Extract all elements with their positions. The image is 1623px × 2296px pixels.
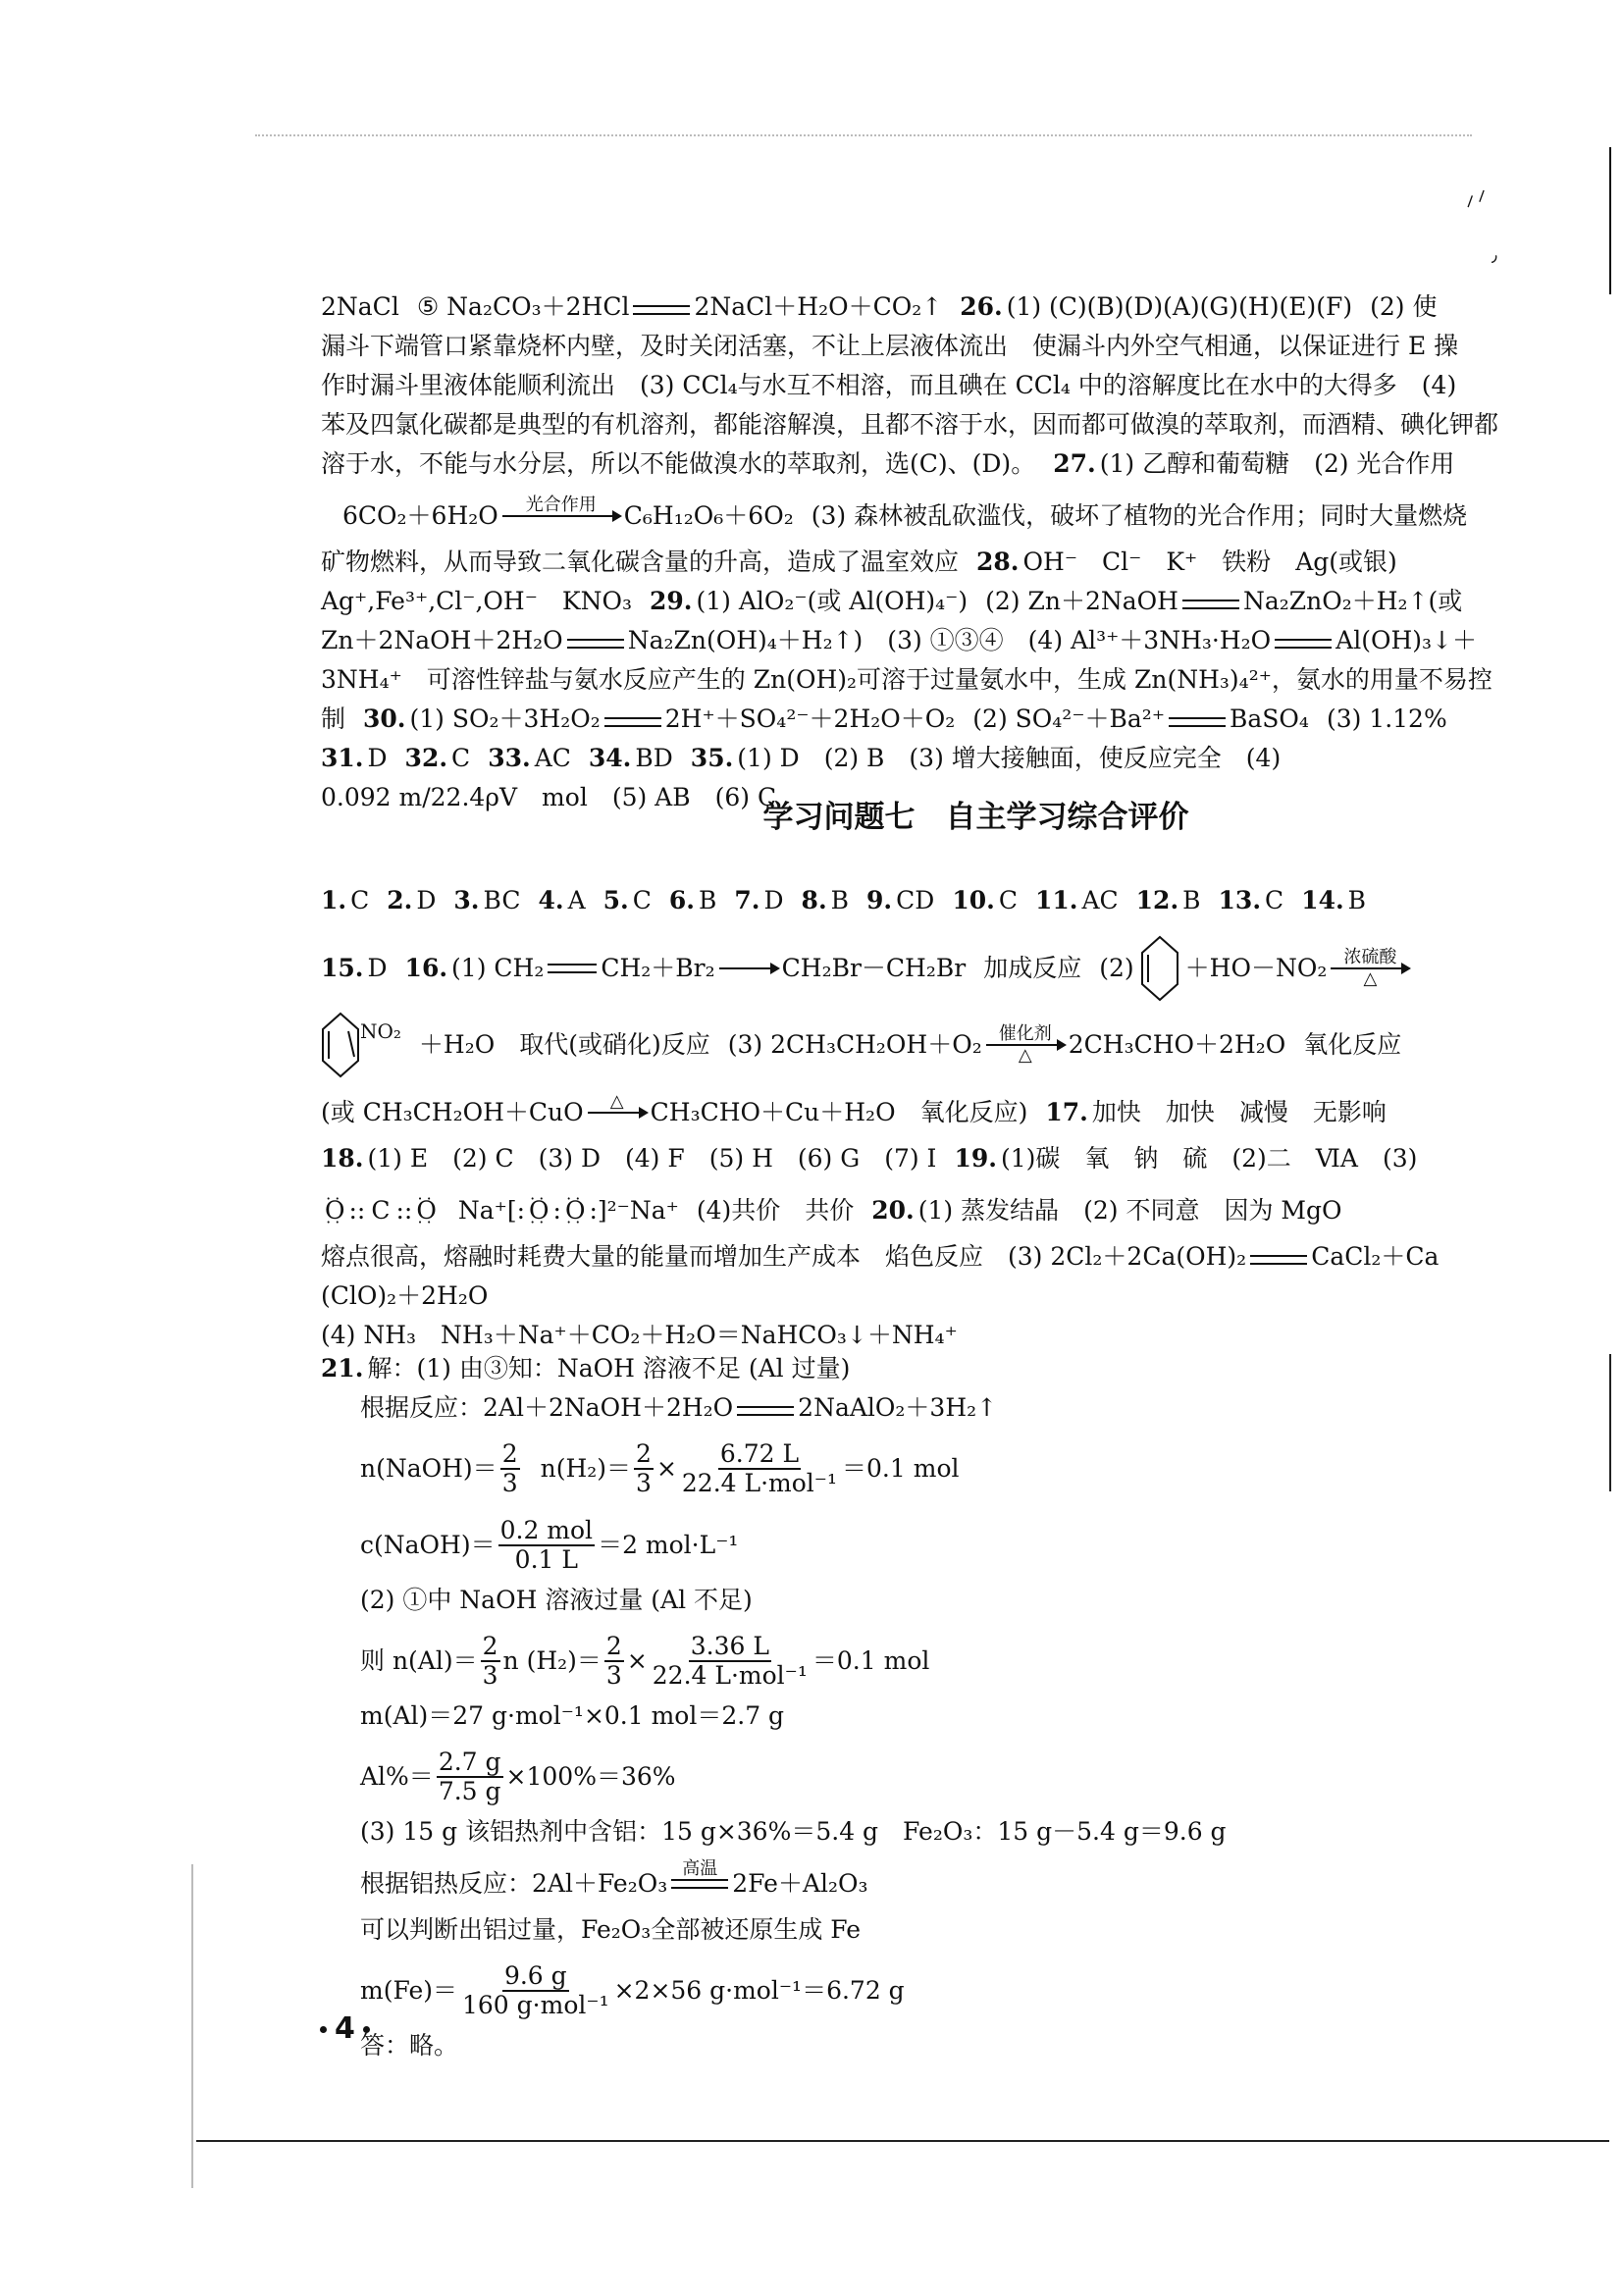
equals-double-line bbox=[1169, 717, 1226, 727]
text-line: 3NH₄⁺ 可溶性锌盐与氨水反应产生的 Zn(OH)₂可溶于过量氨水中，生成 Z… bbox=[321, 663, 1623, 697]
answer-choice: C bbox=[999, 884, 1018, 917]
text-line: 熔点很高，熔融时耗费大量的能量而增加生产成本 焰色反应 (3) 2Cl₂＋2Ca… bbox=[321, 1240, 1623, 1274]
page-number-text: 4 bbox=[335, 2011, 355, 2046]
fraction: 23 bbox=[634, 1440, 654, 1497]
equals-double-line bbox=[671, 1879, 728, 1889]
equation-right: 2Fe＋Al₂O₃ bbox=[732, 1867, 867, 1901]
fraction: 3.36 L22.4 L·mol⁻¹ bbox=[651, 1633, 810, 1690]
text-line: 15.D 16. (1) CH₂ CH₂＋Br₂ CH₂Br－CH₂Br 加成反… bbox=[321, 930, 1623, 1007]
question-number: 14. bbox=[1301, 884, 1344, 917]
question-number: 6. bbox=[669, 884, 695, 917]
calc-line: n(NaOH)＝ 23 n(H₂)＝ 23 × 6.72 L22.4 L·mol… bbox=[321, 1431, 1623, 1507]
benzene-ring-icon bbox=[1140, 935, 1179, 1002]
fraction: 0.2 mol0.1 L bbox=[498, 1517, 595, 1574]
answer-text: OH⁻ Cl⁻ K⁺ 铁粉 Ag(或银) bbox=[1023, 546, 1397, 579]
equation-right: BaSO₄ bbox=[1230, 703, 1309, 736]
question-number: 31. bbox=[321, 742, 364, 775]
left-margin-rule bbox=[191, 1864, 193, 2188]
equation-right: 2H⁺＋SO₄²⁻＋2H₂O＋O₂ bbox=[665, 703, 956, 736]
question-number: 5. bbox=[603, 884, 629, 917]
electron-formula: Na⁺[: bbox=[458, 1194, 525, 1227]
equation-left: Zn＋2NaOH＋2H₂O bbox=[321, 624, 563, 657]
text-segment: 2NaCl bbox=[321, 290, 399, 324]
equals-double-line bbox=[1250, 1255, 1307, 1265]
fraction: 9.6 g160 g·mol⁻¹ bbox=[460, 1962, 611, 2019]
text-line: 答：略。 bbox=[321, 2029, 1623, 2062]
text-line: 溶于水，不能与水分层，所以不能做溴水的萃取剂，选(C)、(D)。 27. (1)… bbox=[321, 447, 1623, 481]
math-text: ＝2 mol·L⁻¹ bbox=[598, 1529, 738, 1562]
equation-right: CaCl₂＋Ca bbox=[1311, 1240, 1439, 1274]
answer-choice: BD bbox=[635, 742, 672, 775]
text-line: Ag⁺,Fe³⁺,Cl⁻,OH⁻ KNO₃ 29. (1) AlO₂⁻(或 Al… bbox=[321, 585, 1623, 618]
calc-line: c(NaOH)＝ 0.2 mol0.1 L ＝2 mol·L⁻¹ bbox=[321, 1507, 1623, 1584]
reaction-arrow: 催化剂 △ bbox=[986, 1024, 1065, 1066]
fraction: 6.72 L22.4 L·mol⁻¹ bbox=[680, 1440, 839, 1497]
math-text: n (H₂)＝ bbox=[503, 1644, 602, 1678]
question-number: 3. bbox=[453, 884, 479, 917]
equation-left: 6CO₂＋6H₂O bbox=[342, 499, 498, 533]
top-border-rule bbox=[255, 134, 1472, 136]
heat-symbol: △ bbox=[1019, 1046, 1032, 1066]
answer-text: ＋H₂O 取代(或硝化)反应 bbox=[419, 1028, 710, 1062]
equals-double-line bbox=[604, 717, 661, 727]
answer-text: (1)碳 氧 钠 硫 (2)二 ⅥA (3) bbox=[1001, 1142, 1417, 1175]
answer-choice: A bbox=[568, 884, 586, 917]
text-line: (2) ①中 NaOH 溶液过量 (Al 不足) bbox=[321, 1584, 1623, 1617]
answer-text: (1) E (2) C (3) D (4) F (5) H (6) G (7) … bbox=[368, 1142, 937, 1175]
question-number: 13. bbox=[1219, 884, 1262, 917]
question-number: 26. bbox=[960, 290, 1003, 324]
question-number: 17. bbox=[1045, 1096, 1088, 1129]
math-text: 则 n(Al)＝ bbox=[360, 1644, 478, 1678]
answer-choice: BC bbox=[484, 884, 521, 917]
question-number: 7. bbox=[734, 884, 759, 917]
answer-text: (1) AlO₂⁻(或 Al(OH)₄⁻) bbox=[696, 585, 968, 618]
question-number: 16. bbox=[405, 952, 448, 985]
question-number: 18. bbox=[321, 1142, 364, 1175]
question-number: 11. bbox=[1035, 884, 1078, 917]
carbon-atom: C bbox=[371, 1194, 390, 1227]
oxygen-atom-dots: ··O·· bbox=[565, 1193, 586, 1228]
math-text: ＝0.1 mol bbox=[842, 1452, 959, 1486]
section-heading: 学习问题七 自主学习综合评价 bbox=[321, 801, 1623, 834]
question-number: 20. bbox=[871, 1194, 915, 1227]
answer-choice: D bbox=[368, 742, 388, 775]
nitro-group-label: NO₂ bbox=[360, 1015, 401, 1048]
arrow-icon bbox=[588, 1112, 647, 1114]
answer-text: (1) D (2) B (3) 增大接触面，使反应完全 (4) bbox=[737, 742, 1281, 775]
section-7-body: 1.C 2.D 3.BC 4.A 5.C 6.B 7.D 8.B 9.CD 10… bbox=[321, 871, 1623, 2062]
text-line: 苯及四氯化碳都是典型的有机溶剂，都能溶解溴，且都不溶于水，因而都可做溴的萃取剂，… bbox=[321, 408, 1623, 442]
answer-text: Ag⁺,Fe³⁺,Cl⁻,OH⁻ KNO₃ bbox=[321, 585, 632, 618]
answer-text: 加快 加快 减慢 无影响 bbox=[1092, 1096, 1387, 1129]
bond-dots: :: bbox=[396, 1194, 413, 1227]
math-text: × bbox=[627, 1644, 648, 1678]
answer-text: 矿物燃料，从而导致二氧化碳含量的升高，造成了温室效应 bbox=[321, 546, 959, 579]
question-number: 10. bbox=[952, 884, 995, 917]
bullet-dot-icon bbox=[320, 2026, 327, 2033]
question-number: 32. bbox=[405, 742, 448, 775]
page-number: 4 bbox=[312, 2011, 378, 2046]
question-number: 1. bbox=[321, 884, 346, 917]
question-number: 27. bbox=[1053, 447, 1096, 481]
question-number: 12. bbox=[1136, 884, 1179, 917]
equation-right: Al(OH)₃↓＋ bbox=[1335, 624, 1477, 657]
bottom-border-rule bbox=[196, 2140, 1609, 2142]
equals-double-line bbox=[633, 305, 690, 315]
equation-right: CH₂Br－CH₂Br bbox=[782, 952, 967, 985]
equation-left: 熔点很高，熔融时耗费大量的能量而增加生产成本 焰色反应 (3) 2Cl₂＋2Ca… bbox=[321, 1240, 1246, 1274]
calc-line: 则 n(Al)＝ 23 n (H₂)＝ 23 × 3.36 L22.4 L·mo… bbox=[321, 1623, 1623, 1699]
answer-choice: B bbox=[831, 884, 849, 917]
reaction-type: 加成反应 bbox=[983, 952, 1081, 985]
answer-choice: C bbox=[1265, 884, 1283, 917]
question-number: 4. bbox=[538, 884, 563, 917]
text-line: 可以判断出铝过量，Fe₂O₃全部被还原生成 Fe bbox=[321, 1913, 1623, 1947]
equation-right: CH₃CHO＋Cu＋H₂O 氧化反应) bbox=[651, 1096, 1028, 1129]
question-number: 2. bbox=[387, 884, 412, 917]
question-number: 8. bbox=[802, 884, 827, 917]
math-text: n(H₂)＝ bbox=[541, 1452, 631, 1486]
answer-choice: B bbox=[1348, 884, 1366, 917]
answer-text: (1) 蒸发结晶 (2) 不同意 因为 MgO bbox=[918, 1194, 1342, 1227]
calc-line: m(Fe)＝ 9.6 g160 g·mol⁻¹ ×2×56 g·mol⁻¹＝6.… bbox=[321, 1953, 1623, 2029]
equation-left: (3) 2CH₃CH₂OH＋O₂ bbox=[728, 1028, 982, 1062]
math-text: m(Fe)＝ bbox=[360, 1974, 457, 2008]
arrow-condition: 浓硫酸 bbox=[1343, 948, 1396, 967]
text-line: (或 CH₃CH₂OH＋CuO △ CH₃CHO＋Cu＋H₂O 氧化反应) 17… bbox=[321, 1083, 1623, 1142]
math-text: ×100%＝36% bbox=[506, 1760, 676, 1794]
equals-double-line bbox=[1275, 639, 1332, 649]
equation-left: 根据铝热反应：2Al＋Fe₂O₃ bbox=[360, 1867, 667, 1901]
equation-right: 2NaCl＋H₂O＋CO₂↑ bbox=[694, 290, 942, 324]
equation-right: 2NaAlO₂＋3H₂↑ bbox=[798, 1391, 997, 1425]
answer-text: (3) 1.12% bbox=[1327, 703, 1447, 736]
equation-left: 根据反应：2Al＋2NaOH＋2H₂O bbox=[360, 1391, 733, 1425]
math-text: ＝0.1 mol bbox=[812, 1644, 929, 1678]
equation-left: (1) CH₂ bbox=[451, 952, 544, 985]
text-line: NO₂ ＋H₂O 取代(或硝化)反应 (3) 2CH₃CH₂OH＋O₂ 催化剂 … bbox=[321, 1007, 1623, 1083]
answer-choice: D bbox=[416, 884, 436, 917]
equation-left: ＋HO－NO₂ bbox=[1185, 952, 1328, 985]
reaction-arrow: 光合作用 bbox=[502, 496, 620, 537]
answer-text: (4)共价 共价 bbox=[697, 1194, 854, 1227]
equation-left: CH₂＋Br₂ bbox=[601, 952, 714, 985]
answer-text: 制 bbox=[321, 703, 345, 736]
answer-choice: D bbox=[764, 884, 784, 917]
text-line: 根据铝热反应：2Al＋Fe₂O₃ 高温 2Fe＋Al₂O₃ bbox=[321, 1854, 1623, 1913]
answer-choice: CD bbox=[896, 884, 934, 917]
oxygen-atom-dots: ··O·· bbox=[325, 1193, 345, 1228]
reaction-arrow: 浓硫酸 △ bbox=[1331, 948, 1409, 989]
answer-choice: C bbox=[451, 742, 470, 775]
equation-left: (2) Zn＋2NaOH bbox=[985, 585, 1178, 618]
text-line: 31.D 32.C 33.AC 34.BD 35. (1) D (2) B (3… bbox=[321, 742, 1623, 775]
equals-double-line bbox=[737, 1406, 794, 1416]
text-line: 作时漏斗里液体能顺利流出 (3) CCl₄与水互不相溶，而且碘在 CCl₄ 中的… bbox=[321, 369, 1623, 402]
math-text: ×2×56 g·mol⁻¹＝6.72 g bbox=[614, 1974, 905, 2008]
equals-double-line bbox=[1182, 600, 1239, 609]
equation-right: C₆H₁₂O₆＋6O₂ bbox=[624, 499, 794, 533]
answer-choice: D bbox=[368, 952, 388, 985]
answer-text: Na₂Zn(OH)₄＋H₂↑) (3) ①③④ (4) Al³⁺＋3NH₃·H₂… bbox=[628, 624, 1271, 657]
text-line: Zn＋2NaOH＋2H₂O Na₂Zn(OH)₄＋H₂↑) (3) ①③④ (4… bbox=[321, 624, 1623, 657]
answer-choice: C bbox=[350, 884, 369, 917]
oxygen-atom-dots: ··O·· bbox=[416, 1193, 437, 1228]
text-line: 漏斗下端管口紧靠烧杯内壁，及时关闭活塞，不让上层液体流出 使漏斗内外空气相通，以… bbox=[321, 330, 1623, 363]
arrow-condition: 催化剂 bbox=[999, 1024, 1052, 1044]
answer-choice: B bbox=[699, 884, 716, 917]
answer-text: (2) bbox=[1099, 952, 1133, 985]
answer-text: (1) 乙醇和葡萄糖 (2) 光合作用 bbox=[1100, 447, 1455, 481]
question-number: 19. bbox=[954, 1142, 997, 1175]
equation-left: (1) SO₂＋3H₂O₂ bbox=[410, 703, 601, 736]
calc-line: (3) 15 g 该铝热剂中含铝：15 g×36%＝5.4 g Fe₂O₃：15… bbox=[321, 1815, 1623, 1849]
math-text: Al%＝ bbox=[360, 1760, 434, 1794]
double-bond bbox=[548, 964, 597, 973]
oxygen-atom-dots: ··O·· bbox=[529, 1193, 550, 1228]
arrow-icon bbox=[502, 515, 620, 517]
bond-dots: :: bbox=[349, 1194, 366, 1227]
equation-left: (2) SO₄²⁻＋Ba²⁺ bbox=[972, 703, 1165, 736]
text-line: (4) NH₃ NH₃＋Na⁺＋CO₂＋H₂O＝NaHCO₃↓＋NH₄⁺ bbox=[321, 1319, 1623, 1352]
bond-dots: : bbox=[553, 1194, 561, 1227]
answer-choice: B bbox=[1182, 884, 1200, 917]
arrow-icon bbox=[986, 1044, 1065, 1046]
fraction: 23 bbox=[604, 1633, 624, 1690]
reaction-arrow bbox=[719, 948, 778, 989]
bullet-dot-icon bbox=[363, 2026, 370, 2033]
text-line: 制 30. (1) SO₂＋3H₂O₂ 2H⁺＋SO₄²⁻＋2H₂O＋O₂ (2… bbox=[321, 703, 1623, 736]
equation-right: Na₂ZnO₂＋H₂↑(或 bbox=[1243, 585, 1462, 618]
electron-formula: :]²⁻Na⁺ bbox=[589, 1194, 678, 1227]
answer-text: (3) 森林被乱砍滥伐，破坏了植物的光合作用；同时大量燃烧 bbox=[811, 499, 1467, 533]
fraction: 23 bbox=[481, 1633, 500, 1690]
answer-text: 解：(1) 由③知：NaOH 溶液不足 (Al 过量) bbox=[368, 1352, 851, 1385]
reaction-equals-condition: 高温 bbox=[671, 1859, 728, 1908]
equation-left: ⑤ Na₂CO₃＋2HCl bbox=[417, 290, 630, 324]
text-line: 2NaCl ⑤ Na₂CO₃＋2HCl 2NaCl＋H₂O＋CO₂↑ 26. (… bbox=[321, 290, 1623, 324]
heat-symbol: △ bbox=[610, 1092, 624, 1112]
question-number: 29. bbox=[650, 585, 693, 618]
answer-choice: AC bbox=[535, 742, 571, 775]
arrow-icon bbox=[719, 967, 778, 969]
equals-double-line bbox=[567, 639, 624, 649]
fraction: 23 bbox=[500, 1440, 520, 1497]
nitrobenzene-ring-icon bbox=[321, 1012, 360, 1078]
arrow-condition: 光合作用 bbox=[526, 496, 597, 515]
calc-line: m(Al)＝27 g·mol⁻¹×0.1 mol＝2.7 g bbox=[321, 1699, 1623, 1733]
answer-text: 溶于水，不能与水分层，所以不能做溴水的萃取剂，选(C)、(D)。 bbox=[321, 447, 1035, 481]
equation-right: 2CH₃CHO＋2H₂O bbox=[1069, 1028, 1286, 1062]
question-number: 28. bbox=[976, 546, 1020, 579]
mc-answers-row: 1.C 2.D 3.BC 4.A 5.C 6.B 7.D 8.B 9.CD 10… bbox=[321, 871, 1623, 930]
answer-choice: AC bbox=[1081, 884, 1118, 917]
text-line: 6CO₂＋6H₂O 光合作用 C₆H₁₂O₆＋6O₂ (3) 森林被乱砍滥伐，破… bbox=[321, 487, 1623, 546]
text-line: 18. (1) E (2) C (3) D (4) F (5) H (6) G … bbox=[321, 1142, 1623, 1175]
scan-artifact-mark: ⸝⸝ bbox=[1454, 171, 1492, 214]
text-line: (ClO)₂＋2H₂O bbox=[321, 1279, 1623, 1313]
calc-line: Al%＝ 2.7 g7.5 g ×100%＝36% bbox=[321, 1739, 1623, 1815]
math-text: × bbox=[656, 1452, 677, 1486]
question-number: 34. bbox=[589, 742, 632, 775]
question-number: 30. bbox=[363, 703, 406, 736]
reaction-type: 氧化反应 bbox=[1303, 1028, 1401, 1062]
arrow-icon bbox=[1331, 967, 1409, 969]
math-text: n(NaOH)＝ bbox=[360, 1452, 497, 1486]
math-text: c(NaOH)＝ bbox=[360, 1529, 496, 1562]
text-line: 矿物燃料，从而导致二氧化碳含量的升高，造成了温室效应 28. OH⁻ Cl⁻ K… bbox=[321, 546, 1623, 579]
question-number: 33. bbox=[488, 742, 531, 775]
scan-artifact-mark: ٫ bbox=[1492, 245, 1497, 266]
answer-key-body: 2NaCl ⑤ Na₂CO₃＋2HCl 2NaCl＋H₂O＋CO₂↑ 26. (… bbox=[321, 290, 1623, 814]
reaction-arrow: △ bbox=[588, 1092, 647, 1133]
right-margin-rule bbox=[1609, 147, 1611, 294]
question-number: 9. bbox=[866, 884, 892, 917]
equation-left: (或 CH₃CH₂OH＋CuO bbox=[321, 1096, 584, 1129]
text-line: 21. 解：(1) 由③知：NaOH 溶液不足 (Al 过量) bbox=[321, 1352, 1623, 1385]
electron-formula-line: ··O·· :: C :: ··O·· Na⁺[: ··O·· : ··O·· … bbox=[321, 1181, 1623, 1240]
heat-symbol: △ bbox=[1363, 969, 1377, 989]
fraction: 2.7 g7.5 g bbox=[437, 1748, 503, 1805]
answer-text: (1) (C)(B)(D)(A)(G)(H)(E)(F) bbox=[1007, 290, 1352, 324]
question-number: 15. bbox=[321, 952, 364, 985]
question-number: 21. bbox=[321, 1352, 364, 1385]
question-number: 35. bbox=[691, 742, 734, 775]
arrow-condition: 高温 bbox=[682, 1859, 717, 1879]
text-line: 根据反应：2Al＋2NaOH＋2H₂O 2NaAlO₂＋3H₂↑ bbox=[321, 1391, 1623, 1425]
answer-text: (2) 使 bbox=[1370, 290, 1437, 324]
answer-choice: C bbox=[633, 884, 652, 917]
